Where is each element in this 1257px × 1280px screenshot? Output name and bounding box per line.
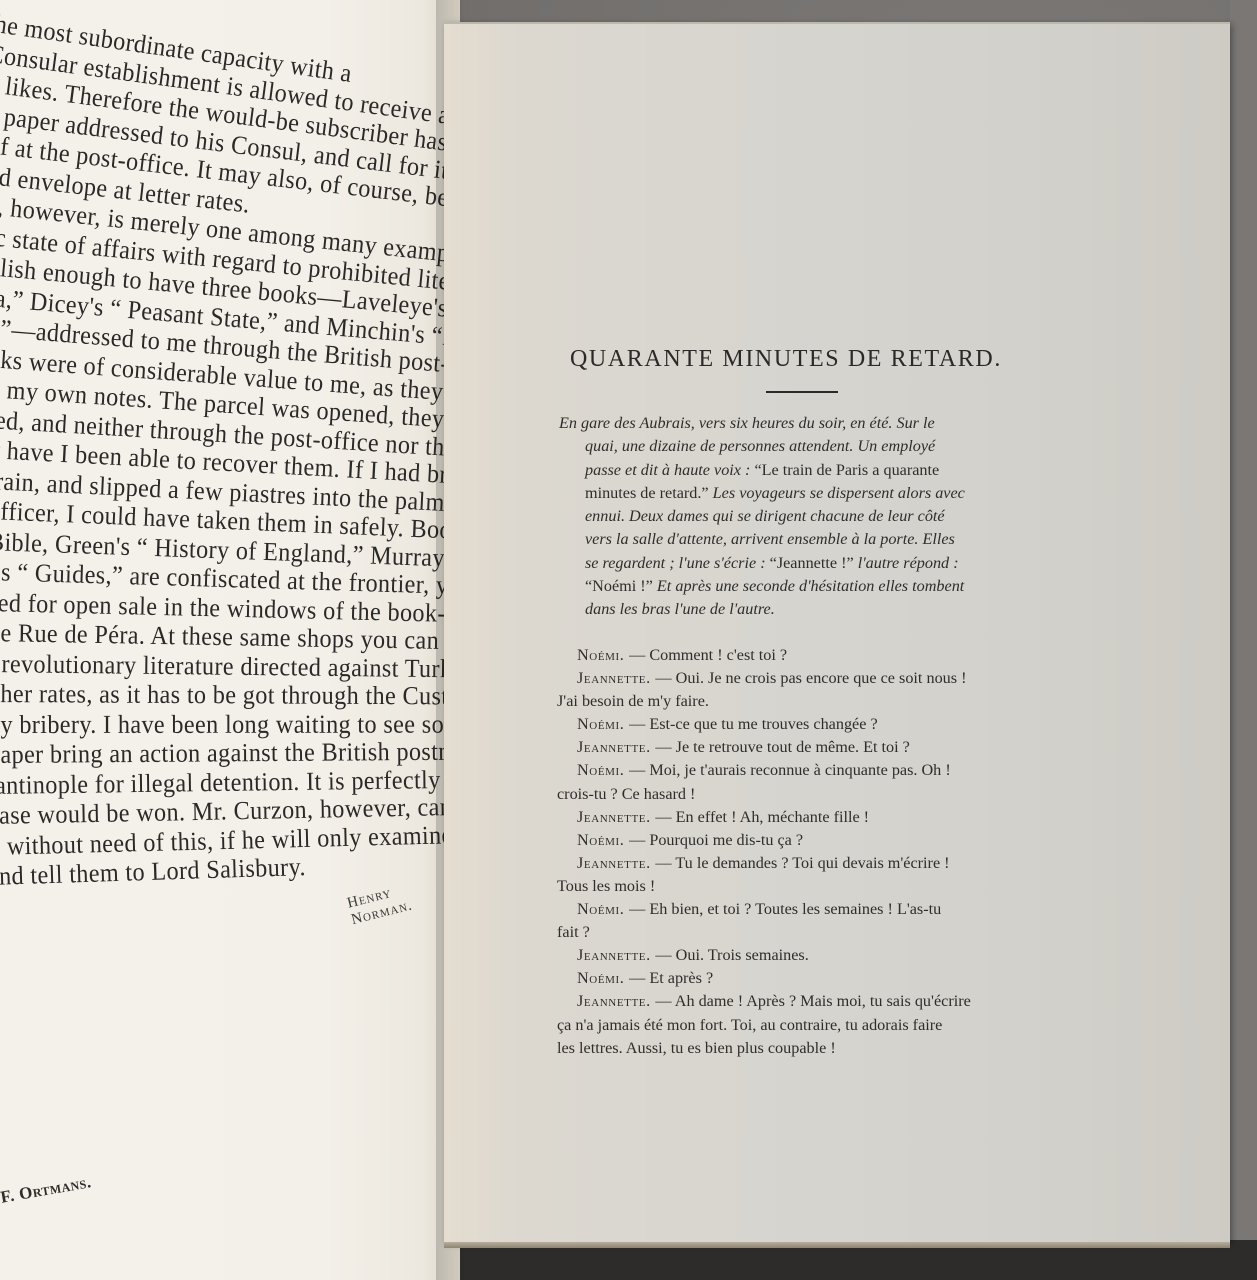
dialogue-line: Jeannette. — Je te retrouve tout de même… (557, 736, 1062, 759)
stage-direction-line: vers la salle d'attente, arrivent ensemb… (559, 528, 1059, 551)
dialogue-line: Jeannette. — Oui. Je ne crois pas encore… (557, 667, 1062, 690)
italic-text: quai, une dizaine de personnes attendent… (585, 437, 935, 455)
quoted-text: “Le train de Paris a quarante (754, 461, 939, 479)
italic-text: Les voyageurs se dispersent alors avec (713, 484, 965, 502)
dialogue-text: — Je te retrouve tout de même. Et toi ? (655, 738, 909, 756)
dialogue-line: Jeannette. — Tu le demandes ? Toi qui de… (557, 852, 1062, 875)
dialogue-text: fait ? (557, 923, 590, 941)
italic-text: Et après une seconde d'hésitation elles … (657, 577, 964, 595)
text-line: gher rates, as it has to be got through … (0, 679, 460, 712)
dialogue-line: Noémi. — Comment ! c'est toi ? (557, 644, 1062, 667)
italic-text: dans les bras l'une de l'autre. (585, 600, 775, 618)
stage-direction-line: passe et dit à haute voix : “Le train de… (559, 459, 1059, 482)
quoted-text: “Jeannette !” (770, 554, 858, 572)
dialogue-text: — En effet ! Ah, méchante fille ! (655, 808, 869, 826)
dialogue-line: crois-tu ? Ce hasard ! (557, 783, 1062, 806)
speaker-name: Noémi. (577, 831, 629, 849)
dialogue-text: J'ai besoin de m'y faire. (557, 692, 709, 710)
text-line: by bribery. I have been long waiting to … (0, 709, 460, 739)
dialogue-text: — Est-ce que tu me trouves changée ? (629, 715, 878, 733)
stage-direction-line: se regardent ; l'une s'écrie : “Jeannett… (559, 552, 1059, 575)
stage-direction-line: minutes de retard.” Les voyageurs se dis… (559, 482, 1059, 505)
speaker-name: Noémi. (577, 715, 629, 733)
dialogue-line: Noémi. — Pourquoi me dis-tu ça ? (557, 829, 1062, 852)
dialogue-text: — Tu le demandes ? Toi qui devais m'écri… (655, 854, 949, 872)
dialogue-text: crois-tu ? Ce hasard ! (557, 785, 695, 803)
dialogue-text: — Et après ? (629, 969, 713, 987)
dialogue-line: fait ? (557, 921, 1062, 944)
page-title: QUARANTE MINUTES DE RETARD. (570, 346, 1110, 373)
dialogue-line: Jeannette. — En effet ! Ah, méchante fil… (557, 806, 1062, 829)
editor-signature: F. Ortmans. (0, 1172, 93, 1208)
italic-text: ennui. Deux dames qui se dirigent chacun… (585, 507, 945, 525)
speaker-name: Jeannette. (577, 738, 655, 756)
speaker-name: Jeannette. (577, 854, 655, 872)
speaker-name: Jeannette. (577, 992, 655, 1010)
italic-text: se regardent ; l'une s'écrie : (585, 554, 770, 572)
dialogue-text: — Moi, je t'aurais reconnue à cinquante … (629, 761, 951, 779)
speaker-name: Jeannette. (577, 669, 655, 687)
dialogue-text: — Ah dame ! Après ? Mais moi, tu sais qu… (655, 992, 970, 1010)
dialogue-line: Tous les mois ! (557, 875, 1062, 898)
table-surface-right (1230, 0, 1257, 1240)
dialogue-text: — Oui. Trois semaines. (655, 946, 808, 964)
page-edge (444, 1242, 1230, 1248)
italic-text: vers la salle d'attente, arrivent ensemb… (585, 530, 955, 548)
title-divider (766, 391, 838, 393)
dialogue-text: — Eh bien, et toi ? Toutes les semaines … (629, 900, 941, 918)
stage-directions: En gare des Aubrais, vers six heures du … (559, 412, 1059, 622)
stage-direction-line: ennui. Deux dames qui se dirigent chacun… (559, 505, 1059, 528)
dialogue-line: J'ai besoin de m'y faire. (557, 690, 1062, 713)
speaker-name: Noémi. (577, 761, 629, 779)
dialogue-text: — Oui. Je ne crois pas encore que ce soi… (655, 669, 966, 687)
dialogue-text: ça n'a jamais été mon fort. Toi, au cont… (557, 1016, 942, 1034)
left-page: the most subordinate capacity with aCons… (0, 0, 460, 1280)
italic-text: l'autre répond : (858, 554, 959, 572)
dialogue-line: ça n'a jamais été mon fort. Toi, au cont… (557, 1014, 1062, 1037)
dialogue-line: Jeannette. — Oui. Trois semaines. (557, 944, 1062, 967)
italic-text: En gare des Aubrais, vers six heures du … (559, 414, 935, 432)
dialogue-line: Noémi. — Est-ce que tu me trouves changé… (557, 713, 1062, 736)
speaker-name: Noémi. (577, 969, 629, 987)
dialogue-text: — Pourquoi me dis-tu ça ? (629, 831, 803, 849)
quoted-text: “Noémi !” (585, 577, 657, 595)
right-page: QUARANTE MINUTES DE RETARD. En gare des … (444, 22, 1230, 1242)
speaker-name: Jeannette. (577, 808, 655, 826)
speaker-name: Jeannette. (577, 946, 655, 964)
stage-direction-line: quai, une dizaine de personnes attendent… (559, 435, 1059, 458)
stage-direction-line: dans les bras l'une de l'autre. (559, 598, 1059, 621)
dialogue-text: les lettres. Aussi, tu es bien plus coup… (557, 1039, 836, 1057)
italic-text: passe et dit à haute voix : (585, 461, 754, 479)
dialogue-line: Jeannette. — Ah dame ! Après ? Mais moi,… (557, 990, 1062, 1013)
dialogue-line: Noémi. — Eh bien, et toi ? Toutes les se… (557, 898, 1062, 921)
dialogue-line: Noémi. — Moi, je t'aurais reconnue à cin… (557, 759, 1062, 782)
speaker-name: Noémi. (577, 900, 629, 918)
dialogue-text: Tous les mois ! (557, 877, 655, 895)
dialogue: Noémi. — Comment ! c'est toi ?Jeannette.… (557, 644, 1062, 1060)
dialogue-text: — Comment ! c'est toi ? (629, 646, 787, 664)
stage-direction-line: “Noémi !” Et après une seconde d'hésitat… (559, 575, 1059, 598)
speaker-name: Noémi. (577, 646, 629, 664)
stage-direction-line: En gare des Aubrais, vers six heures du … (559, 412, 1059, 435)
quoted-text: minutes de retard.” (585, 484, 713, 502)
dialogue-line: les lettres. Aussi, tu es bien plus coup… (557, 1037, 1062, 1060)
dialogue-line: Noémi. — Et après ? (557, 967, 1062, 990)
